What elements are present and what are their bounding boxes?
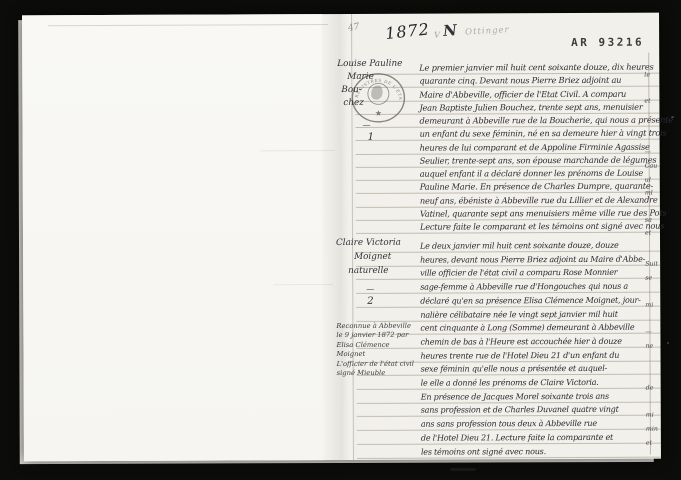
act-1-body-line: quarante cinq. Devant nous Pierre Briez … — [355, 74, 659, 88]
pencil-corner-number: 47 — [347, 22, 360, 34]
act-2-body-line: nalière célibataire née le vingt sept ja… — [356, 307, 660, 321]
act-2-body-line: sage-femme à Abbeville rue d'Hongouches … — [356, 280, 660, 294]
act-2-body-line: ville officier de l'état civil a comparu… — [356, 266, 660, 280]
act-2-margin-note-line: signé Mieuble — [337, 369, 386, 377]
right-margin-catchword: mi — [646, 412, 654, 419]
act-1-margin-dash: — — [362, 121, 370, 130]
register-double-page: 47 1872 V N Ottinger AR 93216 REGISTRES … — [22, 13, 661, 462]
act-2-margin-note-line: le 9 janvier 1872 par — [336, 331, 408, 339]
ink-monogram-annotation: N — [442, 21, 457, 40]
act-2-margin-name: Claire Victoria — [336, 238, 401, 248]
act-2-number: 2 — [367, 296, 373, 307]
act-2-margin-note-line: Elisa Clémence — [336, 341, 389, 349]
pencil-initial-annotation: V — [434, 31, 440, 40]
act-1-body-line: Lecture faite le comparant et les témoin… — [356, 220, 660, 234]
blank-left-page — [22, 14, 324, 461]
act-2-body-line: les témoins ont signé avec nous. — [357, 444, 661, 458]
act-1-body-line: Jean Baptiste Julien Bouchez, trente sep… — [355, 100, 659, 114]
act-1-margin-name: Bou- — [341, 85, 361, 95]
act-1-body-line: un enfant du sexe féminin, né en sa deme… — [356, 127, 660, 141]
act-1-body-line: auquel enfant il a déclaré donner les pr… — [356, 167, 660, 181]
right-margin-catchword: ml — [645, 190, 653, 197]
act-1-body-line: Maire d'Abbeville, officier de l'Etat Ci… — [355, 87, 659, 101]
act-1-body-line: demeurant à Abbeville rue de la Boucheri… — [355, 114, 659, 128]
act-2-body-line: heures, devant nous Pierre Briez adjoint… — [356, 252, 660, 266]
right-margin-catchword: ul — [645, 177, 651, 184]
right-margin-catchword: — — [645, 149, 651, 156]
scanner-speck — [450, 468, 476, 471]
act-1-body-line: Vatinel, quarante sept ans menuisiers mê… — [356, 206, 660, 220]
right-margin-catchword: Cau — [645, 163, 658, 170]
act-2-body-line: déclaré qu'en sa présence Elisa Clémence… — [356, 293, 660, 307]
act-1-margin-name: Louise Pauline — [337, 59, 402, 69]
act-2-margin-dash: — — [366, 285, 374, 294]
act-1-margin-name: chez — [343, 98, 363, 108]
act-1-body-line: Pauline Marie. En présence de Charles Du… — [356, 180, 660, 194]
act-2-body-line: le elle a donné les prénoms de Claire Vi… — [357, 376, 661, 390]
right-margin-catchword: et — [645, 230, 651, 237]
act-1-number: 1 — [368, 132, 374, 143]
right-margin-catchword: sa — [645, 217, 652, 224]
act-2-margin-note-line: Moignet — [336, 350, 365, 358]
act-1-body-line: heures de lui comparant et de Appoline F… — [356, 140, 660, 154]
act-2-margin-name: Moignet — [354, 252, 391, 262]
right-margin-catchword: min — [646, 426, 658, 433]
act-1-body-line: neuf ans, ébéniste à Abbeville rue du Li… — [356, 193, 660, 207]
right-margin-catchword: ne — [645, 343, 653, 350]
act-2-body-line: En présence de Jacques Morel soixante tr… — [357, 389, 661, 403]
right-margin-catchword: se — [645, 275, 652, 282]
right-margin-catchword: le — [644, 72, 650, 79]
act-2-body-line: Le deux janvier mil huit cent soixante d… — [356, 239, 660, 253]
act-2-body-line: de l'Hotel Dieu 21. Lecture faite la com… — [357, 430, 661, 444]
right-margin-catchword: et — [646, 440, 652, 447]
act-2-margin-note-line: Reconnue à Abbeville — [336, 322, 411, 330]
right-margin-catchword: — — [645, 329, 651, 336]
act-2-body-line: ans sans profession tous deux à Abbevill… — [357, 417, 661, 431]
act-1-body-line: Seulier, trente-sept ans, son épouse mar… — [356, 153, 660, 167]
act-1-margin-name: Marie — [347, 72, 374, 82]
act-2-margin-name: naturelle — [348, 266, 388, 276]
right-margin-catchword: et — [644, 98, 650, 105]
act-2-body-line: sans profession et de Charles Duvanel qu… — [357, 403, 661, 417]
right-margin-catchword: mi — [645, 302, 653, 309]
act-2-margin-note-line: L'officier de l'état civil — [337, 359, 414, 367]
archive-reference-stamp: AR 93216 — [571, 36, 644, 49]
scanner-speck — [667, 342, 669, 344]
right-margin-catchword: Suit — [645, 261, 658, 268]
scanned-register-image: 47 1872 V N Ottinger AR 93216 REGISTRES … — [0, 0, 681, 480]
right-margin-catchword: de — [646, 385, 654, 392]
